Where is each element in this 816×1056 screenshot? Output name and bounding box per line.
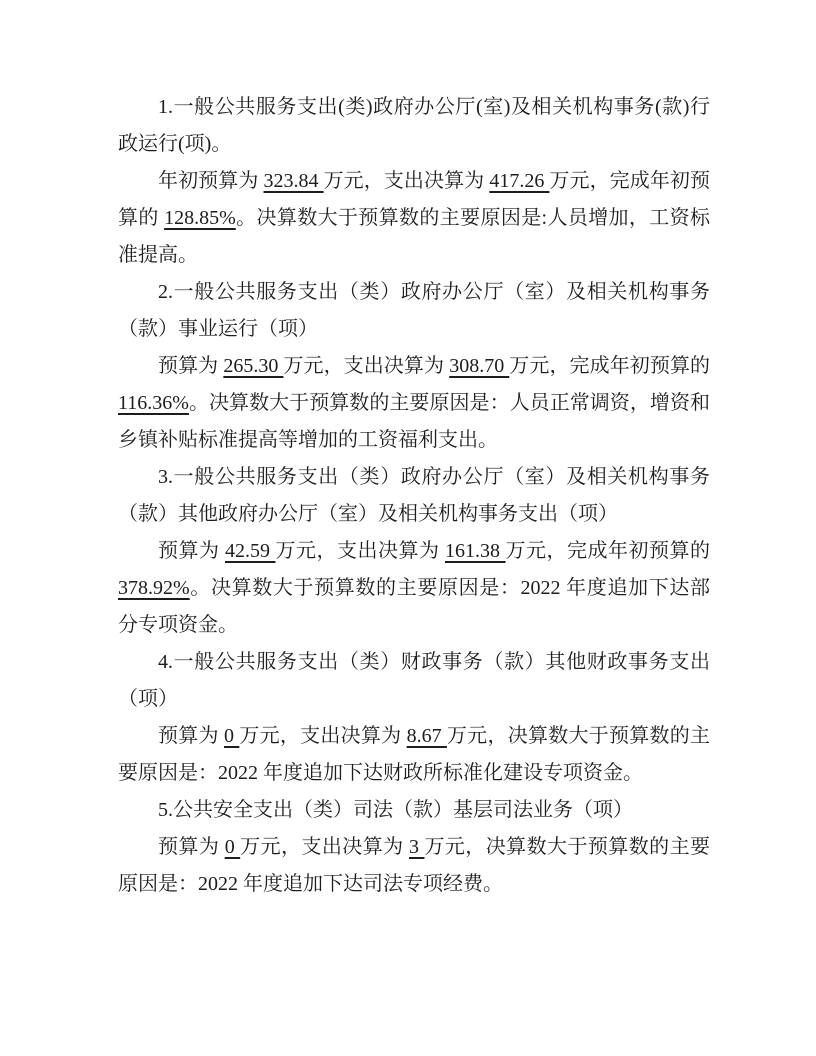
text-run: 万元，完成年初预算的 <box>509 355 710 377</box>
underlined-value: 378.92% <box>118 577 190 599</box>
text-run: 万元，支出决算为 <box>283 355 449 377</box>
section-2-heading: 2.一般公共服务支出（类）政府办公厅（室）及相关机构事务（款）事业运行（项） <box>118 274 710 348</box>
underlined-value: 0 <box>225 836 240 858</box>
text-run: 预算为 <box>158 355 223 377</box>
text-run: 2.一般公共服务支出（类）政府办公厅（室）及相关机构事务（款）事业运行（项） <box>118 281 710 340</box>
text-run: 4.一般公共服务支出（类）财政事务（款）其他财政事务支出（项） <box>118 651 710 710</box>
underlined-value: 128.85% <box>164 207 236 229</box>
text-run: 。决算数大于预算数的主要原因是：2022 年度追加下达部分专项资金。 <box>118 577 710 636</box>
section-1-body: 年初预算为 323.84 万元，支出决算为 417.26 万元，完成年初预算的 … <box>118 163 710 274</box>
text-run: 万元，完成年初预算的 <box>506 540 711 562</box>
section-4-body: 预算为 0 万元，支出决算为 8.67 万元，决算数大于预算数的主要原因是：20… <box>118 718 710 792</box>
section-2-body: 预算为 265.30 万元，支出决算为 308.70 万元，完成年初预算的 11… <box>118 348 710 459</box>
underlined-value: 323.84 <box>264 170 324 192</box>
section-4-heading: 4.一般公共服务支出（类）财政事务（款）其他财政事务支出（项） <box>118 644 710 718</box>
document-page: 1.一般公共服务支出(类)政府办公厅(室)及相关机构事务(款)行政运行(项)。年… <box>0 0 816 1056</box>
text-run: 。决算数大于预算数的主要原因是：人员正常调资，增资和乡镇补贴标准提高等增加的工资… <box>118 392 710 451</box>
section-5-heading: 5.公共安全支出（类）司法（款）基层司法业务（项） <box>118 792 710 829</box>
text-run: 万元，支出决算为 <box>276 540 446 562</box>
section-1-heading: 1.一般公共服务支出(类)政府办公厅(室)及相关机构事务(款)行政运行(项)。 <box>118 89 710 163</box>
underlined-value: 161.38 <box>445 540 506 562</box>
text-run: 预算为 <box>158 836 225 858</box>
text-run: 预算为 <box>158 725 224 747</box>
document-body: 1.一般公共服务支出(类)政府办公厅(室)及相关机构事务(款)行政运行(项)。年… <box>118 89 710 903</box>
underlined-value: 3 <box>409 836 424 858</box>
text-run: 万元，支出决算为 <box>324 170 490 192</box>
text-run: 3.一般公共服务支出（类）政府办公厅（室）及相关机构事务（款）其他政府办公厅（室… <box>118 466 710 525</box>
underlined-value: 8.67 <box>407 725 447 747</box>
underlined-value: 265.30 <box>223 355 283 377</box>
text-run: 1.一般公共服务支出(类)政府办公厅(室)及相关机构事务(款)行政运行(项)。 <box>118 96 710 155</box>
text-run: 万元，支出决算为 <box>239 725 406 747</box>
text-run: 万元，支出决算为 <box>240 836 409 858</box>
underlined-value: 0 <box>224 725 239 747</box>
section-3-heading: 3.一般公共服务支出（类）政府办公厅（室）及相关机构事务（款）其他政府办公厅（室… <box>118 459 710 533</box>
section-3-body: 预算为 42.59 万元，支出决算为 161.38 万元，完成年初预算的 378… <box>118 533 710 644</box>
underlined-value: 42.59 <box>225 540 276 562</box>
text-run: 年初预算为 <box>158 170 264 192</box>
section-5-body: 预算为 0 万元，支出决算为 3 万元，决算数大于预算数的主要原因是：2022 … <box>118 829 710 903</box>
underlined-value: 308.70 <box>449 355 509 377</box>
underlined-value: 417.26 <box>489 170 549 192</box>
text-run: 预算为 <box>158 540 225 562</box>
text-run: 5.公共安全支出（类）司法（款）基层司法业务（项） <box>158 799 633 821</box>
underlined-value: 116.36% <box>118 392 189 414</box>
